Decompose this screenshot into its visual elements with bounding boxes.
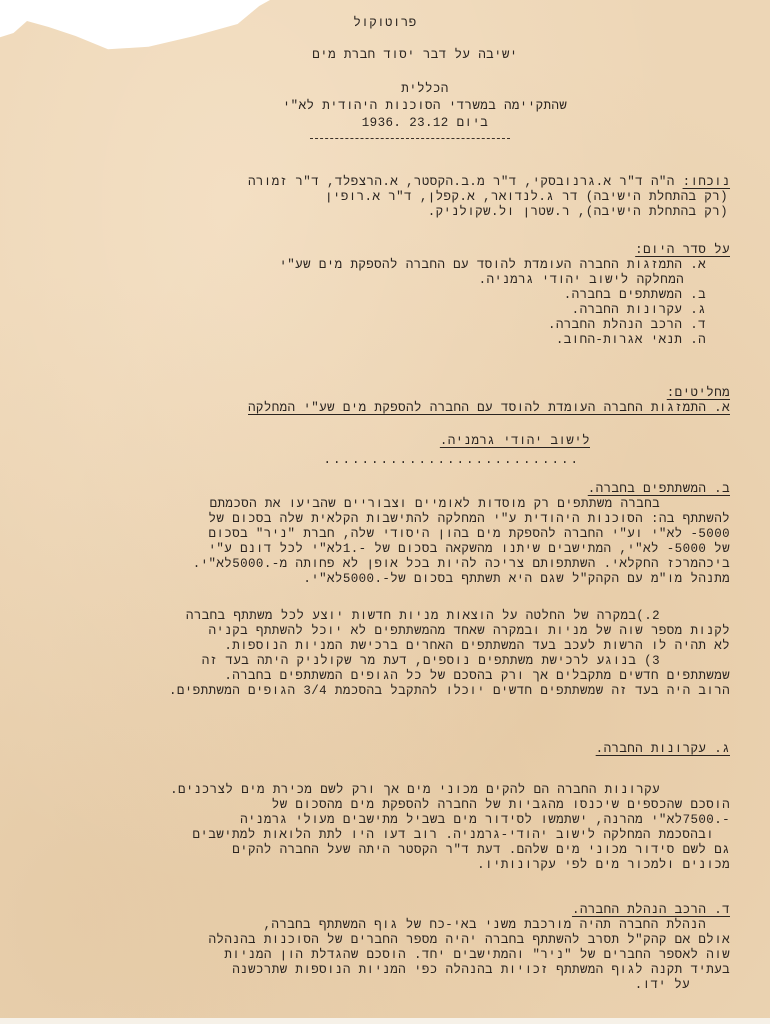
- section-b: ב. המשתתפים בחברה. בחברה משתתפים רק מוסד…: [40, 482, 730, 699]
- section-b-line-1: בחברה משתתפים רק מוסדות לאומיים וצבוריים…: [40, 497, 730, 512]
- section-b-p2-line-4: 3) בנוגע לרכישת משתתפים נוספים, דעת מר ש…: [40, 654, 730, 669]
- decision-a-line-1: א. התמזגות החברה העומדת להוסד עם החברה ל…: [40, 401, 730, 416]
- agenda-item-e: ה. תנאי אגרות-החוב.: [40, 333, 730, 348]
- section-b-p2-line-6: הרוב היה בעד זה שמשתתפים חדשים יוכלו להת…: [40, 684, 730, 699]
- section-c-heading: ג. עקרונות החברה.: [596, 742, 730, 756]
- dotted-separator: ...........................: [40, 453, 730, 468]
- section-d-line-5: על ידו.: [40, 978, 730, 993]
- decisions-label: מחליטים:: [40, 386, 730, 401]
- section-c: ג. עקרונות החברה. עקרונות החברה הם להקים…: [40, 742, 730, 873]
- section-b-line-2: להשתתף בה: הסוכנות היהודית ע"י המחלקה לה…: [40, 512, 730, 527]
- section-c-line-5: גם לשם סידור מכוני מים שלהם. דעת ד"ר הקס…: [40, 843, 730, 858]
- agenda-label: על סדר היום:: [40, 243, 730, 258]
- doc-title: פרוטוקול: [40, 16, 730, 31]
- agenda-item-a: א. התמזגות החברה העומדת להוסד עם החברה ל…: [40, 258, 730, 273]
- section-b-p2-line-1: 2.)במקרה של החלטה על הוצאות מניות חדשות …: [40, 609, 730, 624]
- doc-location: שהתקיימה במשרדי הסוכנות היהודית לא"י: [40, 99, 730, 114]
- attendees-block: נוכחו: ה"ה ד"ר א.גרנובסקי, ד"ר מ.ב.הקסטר…: [40, 175, 730, 220]
- doc-subtitle: ישיבה על דבר יסוד חברת מים: [40, 48, 730, 63]
- section-d-heading: ד. הרכב הנהלת החברה.: [572, 903, 730, 917]
- section-c-line-6: מכונים ולמכור מים לפי עקרונותיו.: [40, 858, 730, 873]
- agenda-block: על סדר היום: א. התמזגות החברה העומדת להו…: [40, 243, 730, 348]
- decisions-block: מחליטים: א. התמזגות החברה העומדת להוסד ע…: [40, 386, 730, 468]
- attendees-line-2: (רק בהתחלת הישיבה) דר ג.לנדואר, א.קפלן, …: [40, 190, 730, 205]
- document: פרוטוקול ישיבה על דבר יסוד חברת מים הכלל…: [40, 0, 730, 1024]
- agenda-item-b: ב. המשתתפים בחברה.: [40, 288, 730, 303]
- section-d: ד. הרכב הנהלת החברה. הנהלת החברה תהיה מו…: [40, 903, 730, 993]
- section-b-line-3: 5000- לא"י וע"י החברה להספקת מים בהון הי…: [40, 527, 730, 542]
- doc-scope: הכללית: [40, 82, 730, 97]
- section-b-p2-line-3: לא תהיה לו הרשות לעכב בעד המשתתפים האחרי…: [40, 639, 730, 654]
- doc-date: ביום 23.12 .1936: [40, 116, 730, 131]
- agenda-item-c: ג. עקרונות החברה.: [40, 303, 730, 318]
- section-b-line-4: של 5000- לא"י, המתישבים שיתנו מהשקאה בסכ…: [40, 542, 730, 557]
- section-c-line-2: הוסכם שהכספים שיכנסו מהגביות של החברה לה…: [40, 798, 730, 813]
- section-d-line-2: אולם אם קהק"ל תסרב להשתתף בחברה יהיה מספ…: [40, 933, 730, 948]
- header-divider: [40, 134, 730, 139]
- agenda-item-d: ד. הרכב הנהלת החברה.: [40, 318, 730, 333]
- section-c-line-4: ובהסכמת המחלקה לישוב יהודי-גרמניה. רוב ד…: [40, 828, 730, 843]
- section-c-line-1: עקרונות החברה הם להקים מכוני מים אך ורק …: [40, 783, 730, 798]
- section-b-heading: ב. המשתתפים בחברה.: [588, 482, 730, 496]
- attendees-label: נוכחו:: [683, 175, 730, 189]
- decision-a-line-2: לישוב יהודי גרמניה.: [40, 434, 730, 449]
- section-d-line-3: שוה לאספר החברים של "ניר" והמתישבים יחד.…: [40, 948, 730, 963]
- section-d-line-4: בעתיד תקנה לגוף המשתתף זכויות בהנהלה כפי…: [40, 963, 730, 978]
- agenda-item-a-cont: המחלקה לישוב יהודי גרמניה.: [40, 273, 730, 288]
- section-b-p2-line-5: שמשתתפים חדשים מתקבלים אך ורק בהסכם של כ…: [40, 669, 730, 684]
- attendees-line-3: (רק בהתחלת הישיבה), ר.שטרן ול.שקולניק.: [40, 205, 730, 220]
- section-b-line-5: ביכהמרכז החקלאי. השתתפותם צריכה להיות בכ…: [40, 557, 730, 572]
- section-d-line-1: הנהלת החברה תהיה מורכבת משני באי-כח של ג…: [40, 918, 730, 933]
- attendees-line-1: ה"ה ד"ר א.גרנובסקי, ד"ר מ.ב.הקסטר, א.הרצ…: [248, 175, 675, 189]
- section-b-p2-line-2: לקנות מספר שוה של מניות ובמקרה שאחד מהמש…: [40, 624, 730, 639]
- section-c-line-3: -.7500לא"י מהרנה, ישתמשו לסידור מים בשבי…: [40, 813, 730, 828]
- section-b-line-6: מתנהל מו"מ עם הקהק"ל שגם היא תשתתף בסכום…: [40, 572, 730, 587]
